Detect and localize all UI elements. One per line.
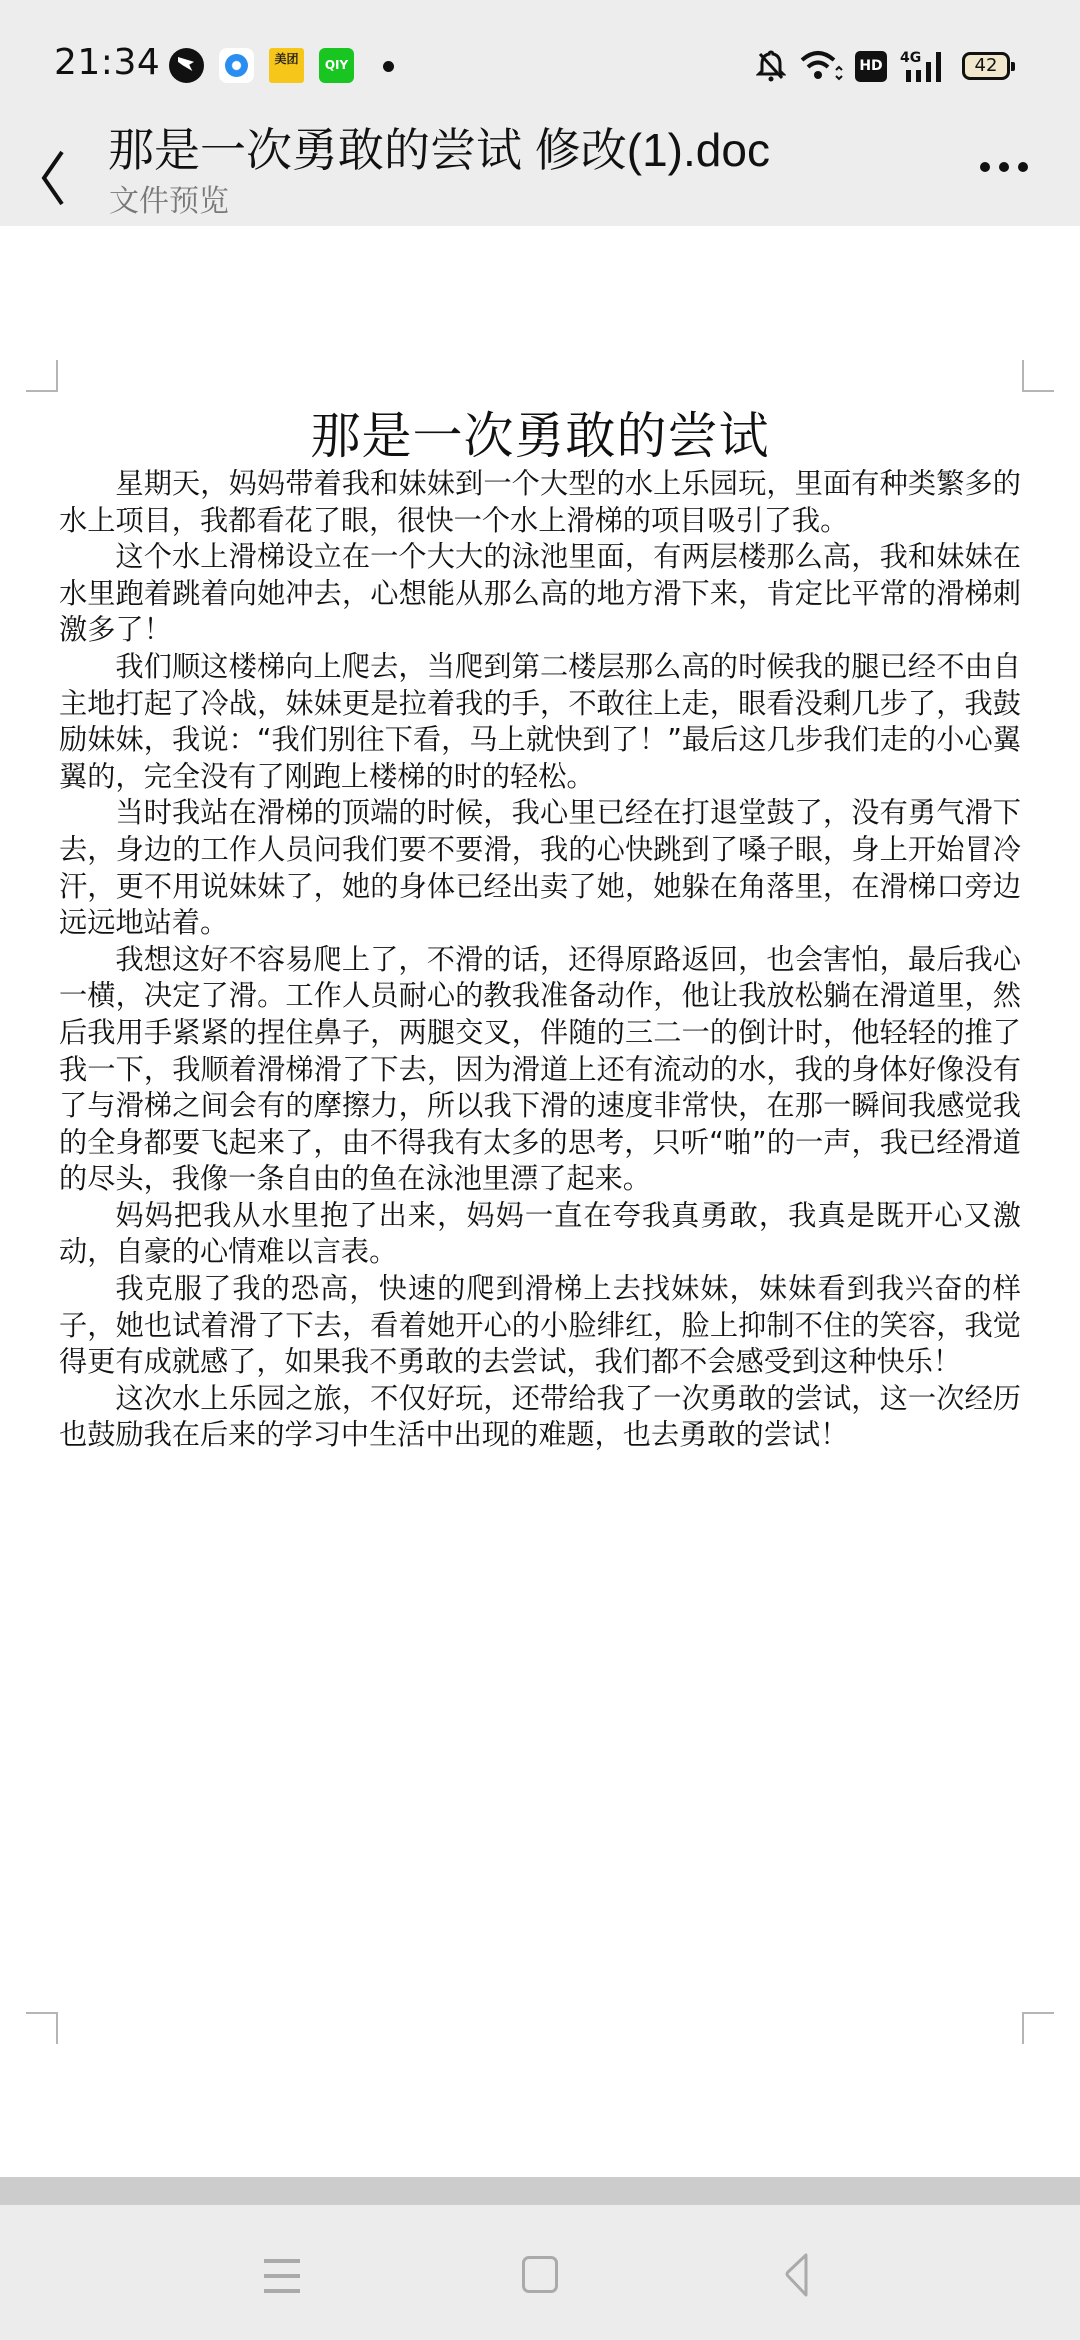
svg-text:4G: 4G [900,50,921,66]
paragraph: 妈妈把我从水里抱了出来，妈妈一直在夸我真勇敢，我真是既开心又激动，自豪的心情难以… [59,1198,1021,1271]
paragraph: 我想这好不容易爬上了，不滑的话，还得原路返回，也会害怕，最后我心一横，决定了滑。… [59,942,1021,1198]
back-triangle-icon [768,2245,828,2305]
dingtalk-icon [169,48,204,83]
crop-mark-bottom-left [26,2012,58,2044]
more-dot-icon [980,162,990,172]
bell-muted-icon [756,48,786,84]
home-button[interactable] [510,2245,570,2305]
file-title: 那是一次勇敢的尝试 修改(1).doc [108,114,770,180]
hd-voice-icon: HD [855,51,887,82]
system-nav-bar [0,2205,1080,2340]
crop-mark-top-right [1022,360,1054,392]
menu-icon-line [264,2274,300,2278]
document-body: 星期天，妈妈带着我和妹妹到一个大型的水上乐园玩，里面有种类繁多的水上项目，我都看… [59,466,1021,1454]
more-notifications-dot [383,61,394,72]
menu-icon-line [264,2259,300,2263]
file-subtitle: 文件预览 [109,176,229,220]
more-dot-icon [1018,162,1028,172]
blue-circle-app-icon [219,48,254,83]
recent-apps-button[interactable] [252,2245,312,2305]
paragraph: 星期天，妈妈带着我和妹妹到一个大型的水上乐园玩，里面有种类繁多的水上项目，我都看… [59,466,1021,539]
chevron-left-icon [30,130,80,210]
more-options-button[interactable] [970,136,1030,196]
iqiyi-icon: QIY [319,48,354,83]
menu-icon-line [264,2289,300,2293]
system-back-button[interactable] [768,2245,828,2305]
paragraph: 当时我站在滑梯的顶端的时候，我心里已经在打退堂鼓了，没有勇气滑下去，身边的工作人… [59,795,1021,941]
paragraph: 这个水上滑梯设立在一个大大的泳池里面，有两层楼那么高，我和妹妹在水里跑着跳着向她… [59,539,1021,649]
document-preview[interactable]: 那是一次勇敢的尝试 星期天，妈妈带着我和妹妹到一个大型的水上乐园玩，里面有种类繁… [0,226,1080,2177]
paragraph: 这次水上乐园之旅，不仅好玩，还带给我了一次勇敢的尝试，这一次经历也鼓励我在后来的… [59,1381,1021,1454]
paragraph: 我们顺这楼梯向上爬去，当爬到第二楼层那么高的时候我的腿已经不由自主地打起了冷战，… [59,649,1021,795]
paragraph: 我克服了我的恐高，快速的爬到滑梯上去找妹妹，妹妹看到我兴奋的样子，她也试着滑了下… [59,1271,1021,1381]
page-separator [0,2177,1080,2205]
more-dot-icon [999,162,1009,172]
home-icon [522,2256,558,2293]
document-title: 那是一次勇敢的尝试 [0,396,1080,468]
status-time: 21:34 [54,42,160,83]
wifi-icon [800,48,844,84]
back-button[interactable] [30,130,80,210]
status-bar: 21:34 美团 QIY HD 4G 42 [0,0,1080,110]
crop-mark-top-left [26,360,58,392]
signal-4g-icon: 4G [900,48,946,84]
crop-mark-bottom-right [1022,2012,1054,2044]
app-bar: 那是一次勇敢的尝试 修改(1).doc 文件预览 [0,110,1080,226]
battery-icon: 42 [962,52,1010,80]
meituan-icon: 美团 [269,48,304,83]
